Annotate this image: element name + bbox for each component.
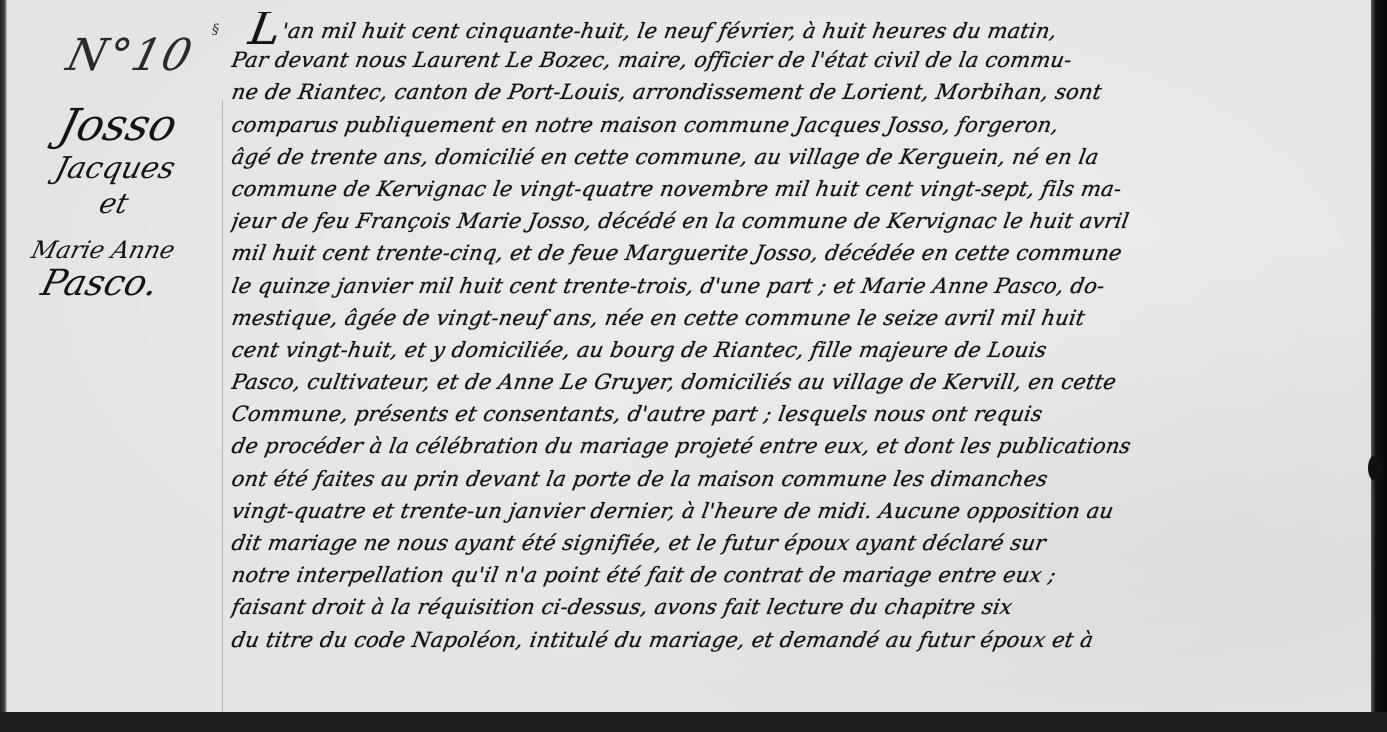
margin-rule: [222, 100, 223, 712]
record-line: Par devant nous Laurent Le Bozec, maire,…: [229, 44, 1370, 76]
margin-annotation: N°10 Josso Jacques et Marie Anne Pasco.: [20, 30, 210, 303]
groom-given-name: Jacques: [52, 153, 214, 185]
record-line: mestique, âgée de vingt-neuf ans, née en…: [229, 302, 1370, 334]
record-line: âgé de trente ans, domicilié en cette co…: [229, 141, 1370, 173]
record-line: ont été faites au prin devant la porte d…: [229, 463, 1370, 495]
bride-given-name: Marie Anne: [29, 238, 213, 263]
register-page: N°10 Josso Jacques et Marie Anne Pasco. …: [0, 0, 1387, 712]
record-line: du titre du code Napoléon, intitulé du m…: [229, 624, 1370, 656]
record-line: notre interpellation qu'il n'a point été…: [229, 559, 1370, 591]
page-right-edge-binding: [1371, 0, 1387, 712]
record-line: mil huit cent trente-cinq, et de feue Ma…: [229, 237, 1370, 269]
record-line: de procéder à la célébration du mariage …: [229, 430, 1370, 462]
page-left-edge: [0, 0, 7, 712]
record-line: jeur de feu François Marie Josso, décédé…: [229, 205, 1370, 237]
viewer-bottom-bar: [0, 712, 1387, 732]
record-line: Commune, présents et consentants, d'autr…: [229, 398, 1370, 430]
bride-surname: Pasco.: [37, 265, 214, 303]
record-line: le quinze janvier mil huit cent trente-t…: [229, 270, 1370, 302]
record-line: ne de Riantec, canton de Port-Louis, arr…: [229, 76, 1370, 108]
record-body: L'an mil huit cent cinquante-huit, le ne…: [232, 12, 1367, 656]
record-line: L'an mil huit cent cinquante-huit, le ne…: [229, 12, 1370, 44]
entry-number: N°10: [62, 30, 217, 81]
record-line: commune de Kervignac le vingt-quatre nov…: [229, 173, 1370, 205]
annotation-mark: §: [212, 22, 219, 38]
record-line: dit mariage ne nous ayant été signifiée,…: [229, 527, 1370, 559]
record-line: vingt-quatre et trente-un janvier dernie…: [229, 495, 1370, 527]
record-line: faisant droit à la réquisition ci-dessus…: [229, 591, 1370, 623]
groom-surname: Josso: [54, 103, 216, 149]
dropcap: L: [245, 12, 285, 44]
record-line: cent vingt-huit, et y domiciliée, au bou…: [229, 334, 1370, 366]
record-line: comparus publiquement en notre maison co…: [229, 109, 1370, 141]
record-line-text: 'an mil huit cent cinquante-huit, le neu…: [280, 19, 1059, 43]
binding-hole: [1368, 455, 1382, 481]
conjunction: et: [96, 189, 213, 218]
record-line: Pasco, cultivateur, et de Anne Le Gruyer…: [229, 366, 1370, 398]
